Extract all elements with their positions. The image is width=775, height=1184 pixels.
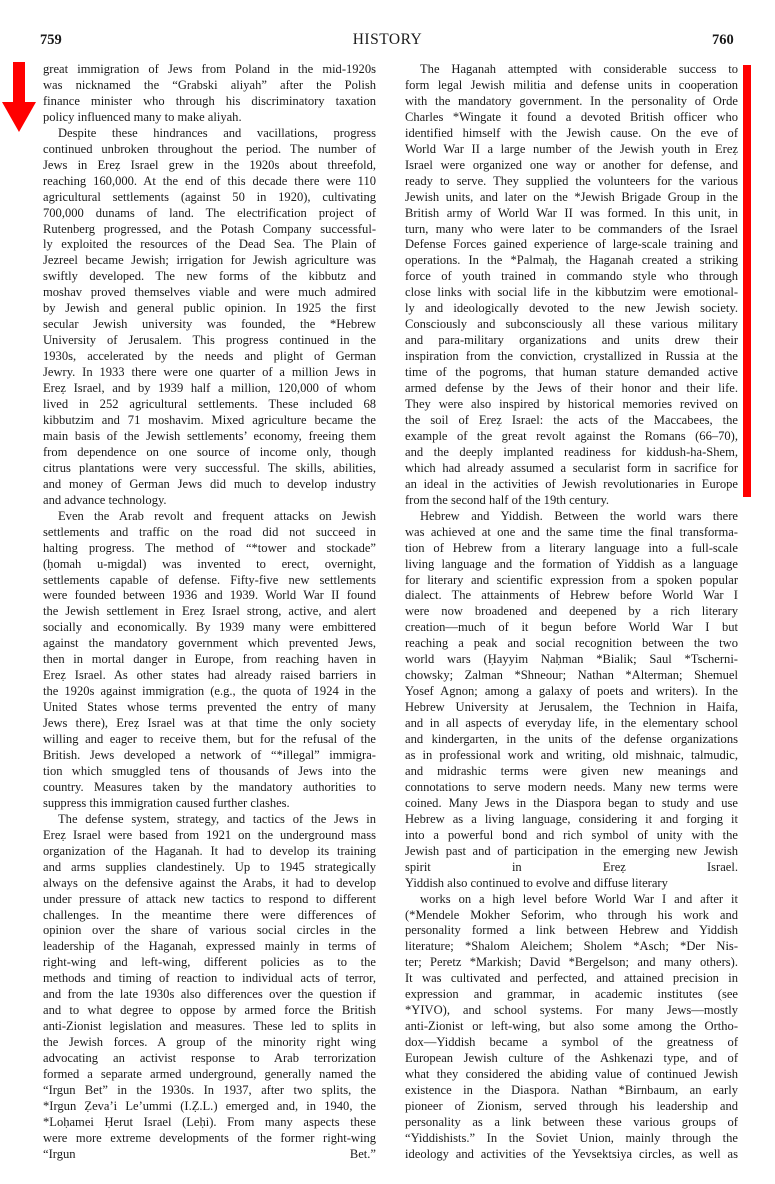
text-line: (*Mendele Mokher Seforim, who through hi…: [405, 908, 738, 924]
red-highlight-bar: [743, 65, 751, 497]
text-line: reaching 160,000. At the end of this dec…: [43, 174, 376, 190]
text-line: leadership of the Haganah, expressed mai…: [43, 939, 376, 955]
text-line: works on a high level before World War I…: [405, 892, 738, 908]
page-header: 759 HISTORY 760: [0, 0, 775, 50]
text-line: by Jewish and general public opinion. In…: [43, 301, 376, 317]
text-line: Consciously and subconsciously all these…: [405, 317, 738, 333]
text-line: personality as a link between these vari…: [405, 1115, 738, 1131]
text-line: anti-Zionist legislation and measures. T…: [43, 1019, 376, 1035]
text-line: dox—Yiddish became a symbol of the great…: [405, 1035, 738, 1051]
text-line: personality formed a link between Hebrew…: [405, 923, 738, 939]
text-line: ly and ideologically devoted to the new …: [405, 301, 738, 317]
text-line: Yosef Agnon; among a galaxy of poets and…: [405, 684, 738, 700]
text-line: and money of German Jews did much to dev…: [43, 477, 376, 493]
text-line: and advance technology.: [43, 493, 376, 509]
text-line: citrus plantations were very successful.…: [43, 461, 376, 477]
text-line: Jewish units, and later on the *Jewish B…: [405, 190, 738, 206]
text-line: pioneer of Zionism, served through his l…: [405, 1099, 738, 1115]
text-line: time of the pogroms, that human stature …: [405, 365, 738, 381]
text-line: coined. Many Jews in the Diaspora began …: [405, 796, 738, 812]
text-line: literature; *Shalom Aleichem; Sholem *As…: [405, 939, 738, 955]
text-line: against the mandatory government which p…: [43, 636, 376, 652]
text-line: and arms supplies clandestinely. Up to 1…: [43, 860, 376, 876]
text-line: country. Measures taken by the mandatory…: [43, 780, 376, 796]
text-line: moshav proved themselves viable and were…: [43, 285, 376, 301]
text-line: and para-military organizations and unit…: [405, 333, 738, 349]
text-line: Ereẓ Israel were based from 1921 on the …: [43, 828, 376, 844]
text-line: armed defense by the Jews of their honor…: [405, 381, 738, 397]
text-line: University of Jerusalem. This progress c…: [43, 333, 376, 349]
text-line: They were also inspired by historical me…: [405, 397, 738, 413]
text-line: agricultural settlements (against 50 in …: [43, 190, 376, 206]
red-down-arrow-icon: [2, 62, 36, 132]
text-line: into a powerful bond and rich symbol of …: [405, 828, 738, 844]
text-line: World War II a large number of the Jewis…: [405, 142, 738, 158]
text-line: Even the Arab revolt and frequent attack…: [43, 509, 376, 525]
text-line: the soil of Ereẓ Israel: the acts of the…: [405, 413, 738, 429]
running-head: HISTORY: [0, 31, 775, 49]
text-line: connotations to serve modern needs. Many…: [405, 780, 738, 796]
text-line: creation—much of it begun before World W…: [405, 620, 738, 636]
text-line: methods and timing of reaction to indivi…: [43, 971, 376, 987]
text-line: ideology and activities of the Yevsektsi…: [405, 1147, 738, 1163]
text-line: living language and the formation of Yid…: [405, 557, 738, 573]
text-line: Jews there), Ereẓ Israel was at that tim…: [43, 716, 376, 732]
text-line: as in professional work and writing, old…: [405, 748, 738, 764]
text-line: was nicknamed the “Grabski aliyah” after…: [43, 78, 376, 94]
text-line: and kindergarten, in the units of the de…: [405, 732, 738, 748]
text-line: example of the great revolt against the …: [405, 429, 738, 445]
text-line: were now broadened and deepened by a ric…: [405, 604, 738, 620]
text-line: world wars (Ḥayyim Naḥman *Bialik; Saul …: [405, 652, 738, 668]
text-line: continued unbroken throughout the period…: [43, 142, 376, 158]
text-line: lived in 252 agricultural settlements. T…: [43, 397, 376, 413]
text-line: the Jewish settlement in Ereẓ Israel str…: [43, 604, 376, 620]
text-line: an ideal in the activities of Jewish rev…: [405, 477, 738, 493]
text-line: operations. In the *Palmaḥ, the Haganah …: [405, 253, 738, 269]
text-line: The Haganah attempted with considerable …: [405, 62, 738, 78]
right-column: The Haganah attempted with considerable …: [405, 62, 738, 1163]
text-line: anti-Zionist or left-wing, but also some…: [405, 1019, 738, 1035]
text-line: socially and economically. By 1939 many …: [43, 620, 376, 636]
text-line: Jews in Ereẓ Israel grew in the 1920s ab…: [43, 158, 376, 174]
text-line: the 1920s against immigration (e.g., the…: [43, 684, 376, 700]
text-line: identified himself with the Jewish cause…: [405, 126, 738, 142]
text-line: tion which smuggled tens of thousands of…: [43, 764, 376, 780]
text-line: opinion over the share of various social…: [43, 923, 376, 939]
text-line: (ḥomah u-migdal) was invented to erect, …: [43, 557, 376, 573]
text-line: European Jewish culture of the Ashkenazi…: [405, 1051, 738, 1067]
text-line: “Irgun Bet” in the 1930s. In 1937, after…: [43, 1083, 376, 1099]
text-line: Hebrew as a living language, considering…: [405, 812, 738, 828]
text-line: the Jewish forces. A group of the minori…: [43, 1035, 376, 1051]
text-line: then in mortal danger in Europe, from re…: [43, 652, 376, 668]
text-line: Charles *Wingate it found a devoted Brit…: [405, 110, 738, 126]
text-line: close links with social life in the kibb…: [405, 285, 738, 301]
text-line: Jezreel became Jewish; irrigation for Je…: [43, 253, 376, 269]
text-line: ter; Peretz *Markish; David *Bergelson; …: [405, 955, 738, 971]
text-line: “Yiddishists.” In the Soviet Union, main…: [405, 1131, 738, 1147]
text-line: *Irgun Ẓeva’i Le’ummi (I.Ẓ.L.) emerged a…: [43, 1099, 376, 1115]
text-line: with the mandatory government. In the pe…: [405, 94, 738, 110]
text-line: and in all aspects of everyday life, in …: [405, 716, 738, 732]
text-line: which had already assumed a secularist f…: [405, 461, 738, 477]
text-line: tion of Hebrew from a literary language …: [405, 541, 738, 557]
text-line: Despite these hindrances and vacillation…: [43, 126, 376, 142]
text-line: swiftly developed. The new forms of the …: [43, 269, 376, 285]
text-line: The defense system, strategy, and tactic…: [43, 812, 376, 828]
text-line: kibbutzim and 71 moshavim. Mixed agricul…: [43, 413, 376, 429]
text-line: British army of World War II was formed.…: [405, 206, 738, 222]
text-line: Rutenberg progressed, and the Potash Com…: [43, 222, 376, 238]
text-line: Ereẓ Israel, and by 1939 half a million,…: [43, 381, 376, 397]
text-line: policy influenced many to make aliyah.: [43, 110, 376, 126]
text-line: and to what degree to oppose by armed fo…: [43, 1003, 376, 1019]
text-line: willing and eager to receive them, but f…: [43, 732, 376, 748]
text-line: United States whose terms prevented the …: [43, 700, 376, 716]
text-line: from dependence on one source of income …: [43, 445, 376, 461]
text-line: chowsky; Zalman *Shneour; Nathan *Alterm…: [405, 668, 738, 684]
text-line: for literary and scientific expression f…: [405, 573, 738, 589]
text-line: dialect. The attainments of Hebrew befor…: [405, 588, 738, 604]
text-line: Jewry. In 1933 there were one quarter of…: [43, 365, 376, 381]
text-line: and the deeply implanted readiness for k…: [405, 445, 738, 461]
text-line: settlements and traffic on the road did …: [43, 525, 376, 541]
text-line: suppress this immigration caused further…: [43, 796, 376, 812]
text-line: Hebrew University at Jerusalem, the Tech…: [405, 700, 738, 716]
text-line: formed a separate armed underground, gen…: [43, 1067, 376, 1083]
text-line: from the second half of the 19th century…: [405, 493, 738, 509]
text-line: Ereẓ Israel. As other states had already…: [43, 668, 376, 684]
text-line: and midrashic terms were given new meani…: [405, 764, 738, 780]
text-line: turn, many who were later to be commande…: [405, 222, 738, 238]
text-line: great immigration of Jews from Poland in…: [43, 62, 376, 78]
text-line: ly exploited the resources of the Dead S…: [43, 237, 376, 253]
text-line: ready to serve. They supplied the volunt…: [405, 174, 738, 190]
text-line: was achieved at one and the same time th…: [405, 525, 738, 541]
right-page-number: 760: [712, 32, 734, 49]
text-line: It was cultivated and perfected, and att…: [405, 971, 738, 987]
text-line: Yiddish also continued to evolve and dif…: [405, 876, 738, 892]
text-line: finance minister who through his discrim…: [43, 94, 376, 110]
text-line: and from the late 1930s also differences…: [43, 987, 376, 1003]
text-line: were more extreme developments of the fo…: [43, 1131, 376, 1147]
text-line: spirit in Ereẓ Israel.: [405, 860, 738, 876]
text-line: *YIVO), and school systems. For many Jew…: [405, 1003, 738, 1019]
text-line: 700,000 dunams of land. The electrificat…: [43, 206, 376, 222]
text-line: Defense Forces gained experience of larg…: [405, 237, 738, 253]
left-column: great immigration of Jews from Poland in…: [43, 62, 376, 1163]
text-line: Jewish past and of participation in the …: [405, 844, 738, 860]
text-line: settlements capable of defense. Fifty-fi…: [43, 573, 376, 589]
text-line: main basis of the Jewish settlements’ ec…: [43, 429, 376, 445]
text-line: halting progress. The method of “*tower …: [43, 541, 376, 557]
text-line: British. Jews developed a network of “*i…: [43, 748, 376, 764]
text-line: advocating an activist response to Arab …: [43, 1051, 376, 1067]
text-line: force of youth trained in commando style…: [405, 269, 738, 285]
text-line: 1930s, accelerated by the needs and plig…: [43, 349, 376, 365]
text-line: reaching a peak and social recognition b…: [405, 636, 738, 652]
text-line: organization of the Haganah. It had to d…: [43, 844, 376, 860]
text-line: form legal Jewish militia and defense un…: [405, 78, 738, 94]
text-line: always on the defensive against the Arab…: [43, 876, 376, 892]
text-line: existence in the Diaspora. Nathan *Birnb…: [405, 1083, 738, 1099]
text-line: inspiration from the conviction, crystal…: [405, 349, 738, 365]
text-line: secular Jewish university was founded, t…: [43, 317, 376, 333]
text-line: were founded between 1936 and 1939. Worl…: [43, 588, 376, 604]
text-line: expression and grammar, in academic inst…: [405, 987, 738, 1003]
text-line: what they considered the abiding value o…: [405, 1067, 738, 1083]
text-line: “Irgun Bet.”: [43, 1147, 376, 1163]
text-line: *Loḥamei Ḥerut Israel (Leḥi). From many …: [43, 1115, 376, 1131]
text-line: Hebrew and Yiddish. Between the world wa…: [405, 509, 738, 525]
text-line: Israel were organized one way or another…: [405, 158, 738, 174]
text-line: under pressure of attack new tactics to …: [43, 892, 376, 908]
text-line: right-wing and left-wing, different poli…: [43, 955, 376, 971]
text-line: challenges. In the meantime there were d…: [43, 908, 376, 924]
